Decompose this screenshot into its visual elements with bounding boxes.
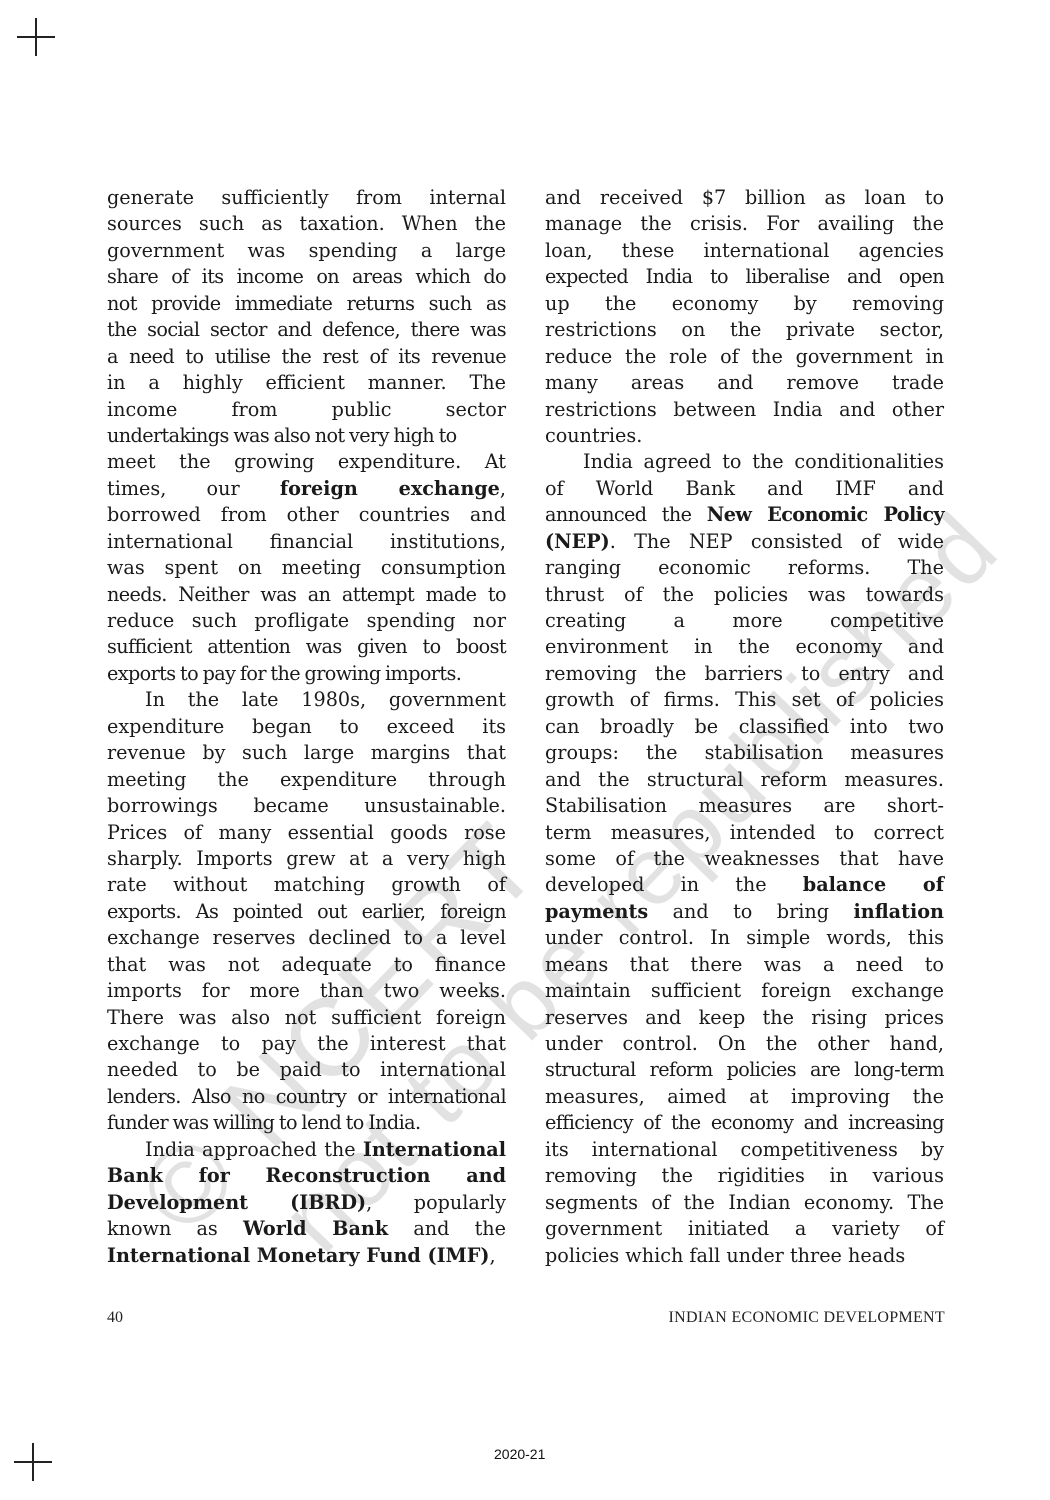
bold-term: New Economic Policy xyxy=(707,503,944,526)
bold-term: (NEP) xyxy=(545,530,610,553)
text-line: In the late 1980s, government xyxy=(107,687,506,713)
bold-term: inflation xyxy=(853,900,944,923)
text-line: share of its income on areas which do xyxy=(107,264,506,290)
text-line: and the structural reform measures. xyxy=(545,767,944,793)
text-line: government was spending a large xyxy=(107,238,506,264)
text-line: rate without matching growth of xyxy=(107,872,506,898)
text-line: (NEP). The NEP consisted of wide xyxy=(545,529,944,555)
text-line: reduce such profligate spending nor xyxy=(107,608,506,634)
text-line: Bank for Reconstruction and xyxy=(107,1163,506,1189)
text-line: funder was willing to lend to India. xyxy=(107,1110,506,1136)
text-line: India approached the International xyxy=(107,1137,506,1163)
text-line: international financial institutions, xyxy=(107,529,506,555)
text-line: under control. In simple words, this xyxy=(545,925,944,951)
text-line: payments and to bring inflation xyxy=(545,899,944,925)
crop-mark-bottom-left-icon xyxy=(14,1443,52,1481)
text-line: reserves and keep the rising prices xyxy=(545,1005,944,1031)
text-line: revenue by such large margins that xyxy=(107,740,506,766)
text-line: meet the growing expenditure. At xyxy=(107,449,506,475)
text-line: means that there was a need to xyxy=(545,952,944,978)
text-line: borrowed from other countries and xyxy=(107,502,506,528)
text-line: the social sector and defence, there was xyxy=(107,317,506,343)
text-line: was spent on meeting consumption xyxy=(107,555,506,581)
text-line: thrust of the policies was towards xyxy=(545,582,944,608)
text-line: exchange reserves declined to a level xyxy=(107,925,506,951)
text-line: efficiency of the economy and increasing xyxy=(545,1110,944,1136)
text-line: India agreed to the conditionalities xyxy=(545,449,944,475)
text-line: policies which fall under three heads xyxy=(545,1243,944,1269)
text-line: lenders. Also no country or internationa… xyxy=(107,1084,506,1110)
bold-term: Development (IBRD) xyxy=(107,1191,366,1214)
text-line: borrowings became unsustainable. xyxy=(107,793,506,819)
text-line: needs. Neither was an attempt made to xyxy=(107,582,506,608)
bold-term: Bank for Reconstruction and xyxy=(107,1164,506,1187)
text-line: structural reform policies are long-term xyxy=(545,1057,944,1083)
text-line: Development (IBRD), popularly xyxy=(107,1190,506,1216)
text-line: manage the crisis. For availing the xyxy=(545,211,944,237)
right-text-column: and received $7 billion as loan tomanage… xyxy=(545,185,944,1269)
text-line: not provide immediate returns such as xyxy=(107,291,506,317)
text-line: sources such as taxation. When the xyxy=(107,211,506,237)
text-line: generate sufficiently from internal xyxy=(107,185,506,211)
text-line: known as World Bank and the xyxy=(107,1216,506,1242)
text-line: can broadly be classified into two xyxy=(545,714,944,740)
text-line: countries. xyxy=(545,423,944,449)
bold-term: World Bank xyxy=(243,1217,388,1240)
text-line: that was not adequate to finance xyxy=(107,952,506,978)
text-line: of World Bank and IMF and xyxy=(545,476,944,502)
text-line: some of the weaknesses that have xyxy=(545,846,944,872)
text-line: imports for more than two weeks. xyxy=(107,978,506,1004)
text-line: government initiated a variety of xyxy=(545,1216,944,1242)
text-line: its international competitiveness by xyxy=(545,1137,944,1163)
text-line: sufficient attention was given to boost xyxy=(107,634,506,660)
text-line: environment in the economy and xyxy=(545,634,944,660)
text-line: a need to utilise the rest of its revenu… xyxy=(107,344,506,370)
bold-term: payments xyxy=(545,900,648,923)
text-line: term measures, intended to correct xyxy=(545,820,944,846)
text-line: exports. As pointed out earlier, foreign xyxy=(107,899,506,925)
text-line: developed in the balance of xyxy=(545,872,944,898)
text-line: growth of firms. This set of policies xyxy=(545,687,944,713)
text-line: There was also not sufficient foreign xyxy=(107,1005,506,1031)
text-line: Stabilisation measures are short- xyxy=(545,793,944,819)
text-line: reduce the role of the government in xyxy=(545,344,944,370)
text-line: income from public sector xyxy=(107,397,506,423)
text-line: exports to pay for the growing imports. xyxy=(107,661,506,687)
text-line: many areas and remove trade xyxy=(545,370,944,396)
text-line: Prices of many essential goods rose xyxy=(107,820,506,846)
text-line: undertakings was also not very high to xyxy=(107,423,506,449)
text-line: removing the rigidities in various xyxy=(545,1163,944,1189)
text-line: times, our foreign exchange, xyxy=(107,476,506,502)
text-line: removing the barriers to entry and xyxy=(545,661,944,687)
year-stamp: 2020-21 xyxy=(494,1446,545,1462)
text-line: creating a more competitive xyxy=(545,608,944,634)
text-line: and received $7 billion as loan to xyxy=(545,185,944,211)
text-line: maintain sufficient foreign exchange xyxy=(545,978,944,1004)
text-line: expected India to liberalise and open xyxy=(545,264,944,290)
text-line: announced the New Economic Policy xyxy=(545,502,944,528)
text-line: sharply. Imports grew at a very high xyxy=(107,846,506,872)
text-line: under control. On the other hand, xyxy=(545,1031,944,1057)
text-line: segments of the Indian economy. The xyxy=(545,1190,944,1216)
page-number: 40 xyxy=(107,1309,123,1327)
text-line: restrictions on the private sector, xyxy=(545,317,944,343)
text-line: loan, these international agencies xyxy=(545,238,944,264)
text-line: ranging economic reforms. The xyxy=(545,555,944,581)
text-line: expenditure began to exceed its xyxy=(107,714,506,740)
text-line: meeting the expenditure through xyxy=(107,767,506,793)
text-line: International Monetary Fund (IMF), xyxy=(107,1243,506,1269)
text-line: in a highly efficient manner. The xyxy=(107,370,506,396)
text-line: groups: the stabilisation measures xyxy=(545,740,944,766)
text-line: measures, aimed at improving the xyxy=(545,1084,944,1110)
bold-term: International xyxy=(363,1138,506,1161)
left-text-column: generate sufficiently from internalsourc… xyxy=(107,185,506,1269)
crop-mark-top-left-icon xyxy=(17,18,55,56)
bold-term: balance of xyxy=(803,873,944,896)
bold-term: foreign exchange xyxy=(280,477,500,500)
text-line: exchange to pay the interest that xyxy=(107,1031,506,1057)
bold-term: International Monetary Fund (IMF) xyxy=(107,1244,490,1267)
text-line: restrictions between India and other xyxy=(545,397,944,423)
text-line: needed to be paid to international xyxy=(107,1057,506,1083)
running-title: INDIAN ECONOMIC DEVELOPMENT xyxy=(668,1309,945,1327)
text-line: up the economy by removing xyxy=(545,291,944,317)
